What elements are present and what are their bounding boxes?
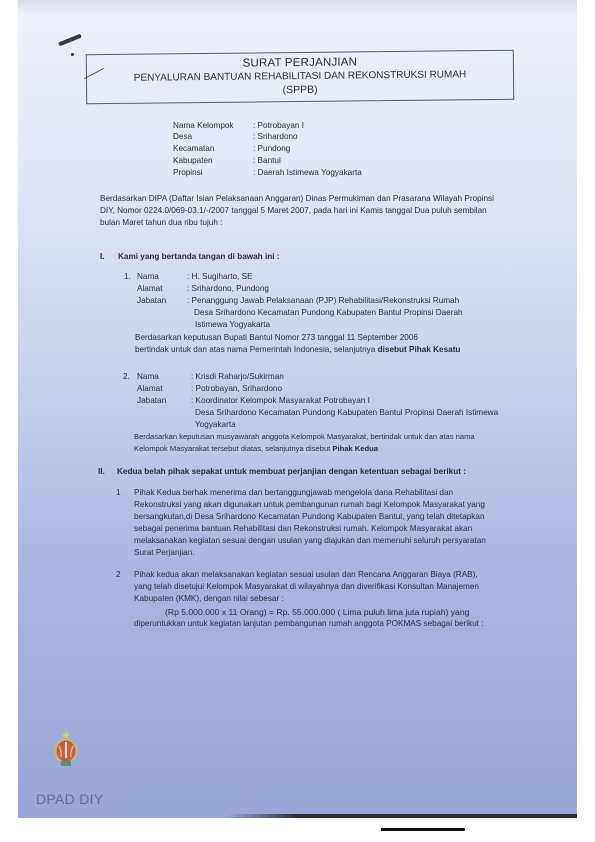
clause-line: Pihak kedua akan melaksanakan kegiatan s…	[134, 570, 478, 579]
field-value: : Srihardono	[253, 132, 298, 141]
clause-closing: diperuntukkan untuk kegiatan lanjutan pe…	[134, 619, 484, 628]
party-field: Nama : Krisdi Raharjo/Sukirman	[137, 372, 284, 381]
field-label: Nama Kelompok	[173, 121, 253, 130]
field-value: : Bantul	[253, 156, 281, 165]
group-info-row: Nama Kelompok : Potrobayan I	[173, 121, 304, 130]
title-box: SURAT PERJANJIAN PENYALURAN BANTUAN REHA…	[86, 50, 515, 104]
party-field: Alamat : Srihardono, Pundong	[137, 284, 269, 293]
document-code: (SPPB)	[87, 82, 513, 98]
jabatan-continuation: Istimewa Yogyakarta	[195, 320, 270, 329]
field-label: Nama	[137, 372, 191, 381]
field-label: Nama	[137, 272, 187, 281]
clause-line: Rekonstruksi yang akan digunakan untuk p…	[134, 500, 485, 509]
field-value: : Koordinator Kelompok Masyarakat Potrob…	[191, 396, 370, 405]
group-info-row: Kabupaten : Bantul	[173, 156, 281, 165]
group-info-row: Kecamatan : Pundong	[173, 144, 290, 153]
section-number: II.	[98, 467, 105, 476]
section-heading: Kami yang bertanda tangan di bawah ini :	[118, 252, 280, 261]
field-value: : Srihardono, Pundong	[187, 284, 269, 293]
field-value: : Penanggung Jawab Pelaksanaan (PJP) Reh…	[187, 296, 459, 305]
clause-line: Surat Perjanjian.	[134, 548, 195, 557]
party-basis: Berdasarkan keputusan Bupati Bantul Nomo…	[135, 333, 418, 342]
clause-line: Kabupaten (KMK), dengan nilai sebesar :	[134, 594, 284, 603]
party-basis: bertindak untuk dan atas nama Pemerintah…	[135, 345, 460, 354]
field-value: : Pundong	[253, 144, 290, 153]
field-label: Desa	[173, 132, 253, 141]
field-label: Kabupaten	[173, 156, 253, 165]
group-info-row: Propinsi : Daerah Istimewa Yogyakarta	[173, 168, 362, 177]
field-label: Jabatan	[137, 296, 187, 305]
party-number: 2.	[123, 372, 130, 381]
field-label: Alamat	[137, 384, 191, 393]
field-label: Jabatan	[137, 396, 191, 405]
intro-line: DIY, Nomor 0224.0/069-03.1/-/2007 tangga…	[100, 206, 487, 215]
party-basis: Kelompok Masyarakat tersebut diatas, sel…	[134, 444, 378, 453]
clause-number: 1	[116, 488, 121, 497]
dpad-emblem-icon	[50, 730, 82, 770]
party-basis-text: bertindak untuk dan atas nama Pemerintah…	[135, 345, 378, 354]
footer-line	[381, 828, 465, 831]
field-value: : Daerah Istimewa Yogyakarta	[253, 168, 362, 177]
clause-number: 2	[116, 570, 121, 579]
party-designation: Pihak Kedua	[332, 444, 378, 453]
party-field: Jabatan : Penanggung Jawab Pelaksanaan (…	[137, 296, 459, 305]
jabatan-continuation: Yogyakarta	[195, 420, 236, 429]
budget-calculation: (Rp 5.000.000 x 11 Orang) = Rp. 55.000.0…	[165, 607, 469, 617]
field-value: : Krisdi Raharjo/Sukirman	[191, 372, 284, 381]
section-heading: Kedua belah pihak sepakat untuk membuat …	[117, 467, 466, 476]
intro-line: Berdasarkan DIPA (Daftar Isian Pelaksana…	[100, 194, 494, 203]
clause-line: yang telah disetujui Kelompok Masyarakat…	[134, 582, 479, 591]
group-info-row: Desa : Srihardono	[173, 132, 298, 141]
field-value: : Potrobayan, Srihardono	[191, 384, 282, 393]
jabatan-continuation: Desa Srihardono Kecamatan Pundong Kabupa…	[194, 308, 463, 317]
field-value: : H. Sugiharto, SE	[187, 272, 253, 281]
pen-dot	[71, 53, 74, 56]
intro-line: bulan Maret tahun dua ribu tujuh :	[100, 218, 222, 227]
party-field: Jabatan : Koordinator Kelompok Masyaraka…	[137, 396, 370, 405]
clause-line: bersangkutan,di Desa Srihardono Kecamata…	[134, 512, 485, 521]
party-designation: disebut Pihak Kesatu	[378, 345, 461, 354]
clause-line: sebagai penerima bantuan Rehabilitasi da…	[134, 524, 472, 533]
party-field: Alamat : Potrobayan, Srihardono	[137, 384, 282, 393]
clause-line: melaksanakan kegiatan sesuai dengan usul…	[134, 536, 486, 545]
party-basis: Berdasarkan keputusan musyawarah anggota…	[134, 432, 475, 441]
watermark: DPAD DIY	[36, 791, 104, 807]
party-basis-text: Kelompok Masyarakat tersebut diatas, sel…	[134, 444, 332, 453]
pen-mark	[58, 34, 82, 47]
section-number: I.	[100, 252, 105, 261]
party-field: Nama : H. Sugiharto, SE	[137, 272, 253, 281]
clause-line: Pihak Kedua berhak menerima dan bertangg…	[134, 488, 453, 497]
jabatan-continuation: Desa Srihardono Kecamatan Pundong Kabupa…	[195, 408, 498, 417]
field-label: Alamat	[137, 284, 187, 293]
field-label: Kecamatan	[173, 144, 253, 153]
field-value: : Potrobayan I	[253, 121, 304, 130]
field-label: Propinsi	[173, 168, 253, 177]
party-number: 1.	[124, 272, 131, 281]
